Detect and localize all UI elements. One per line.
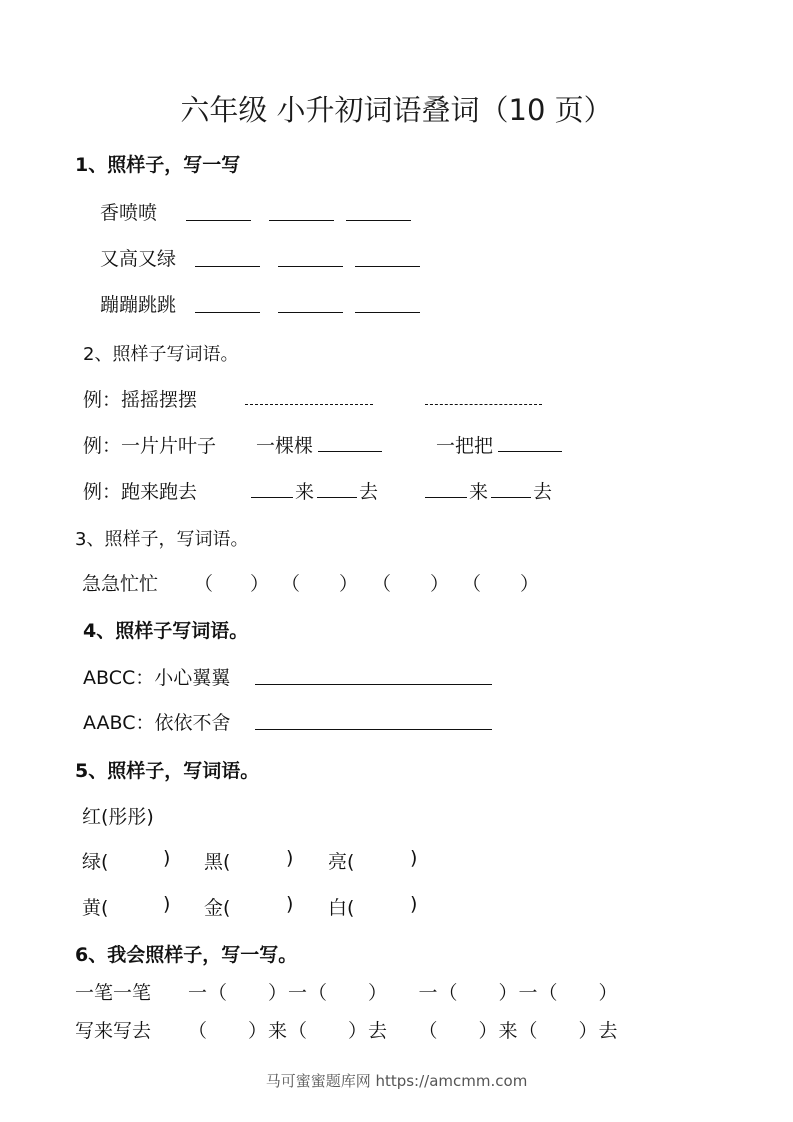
answer-blank[interactable]	[355, 294, 420, 313]
s2-row-3: 例：跑来跑去	[83, 477, 197, 504]
paren-close: ）	[339, 569, 358, 596]
lai-char: 来	[295, 477, 314, 504]
s2-item-1: 一棵棵	[256, 431, 313, 458]
s1-row-1-label: 香喷喷	[100, 202, 157, 224]
paren-close: ）	[250, 569, 269, 596]
answer-blank[interactable]	[245, 386, 373, 405]
s5-item: 金(	[204, 893, 230, 920]
footer-watermark: 马可蜜蜜题库网 https://amcmm.com	[0, 1070, 793, 1091]
qu-char: 去	[533, 477, 552, 504]
answer-blank[interactable]	[355, 248, 420, 267]
s5-item: 绿(	[82, 847, 108, 874]
paren-close: )	[286, 847, 293, 869]
answer-blank[interactable]	[278, 248, 343, 267]
answer-blank[interactable]	[425, 479, 467, 498]
s2-item-2: 一把把	[436, 431, 493, 458]
section-1-heading: 1、照样子，写一写	[75, 150, 240, 177]
answer-blank[interactable]	[195, 248, 260, 267]
pattern-label: AABC：	[83, 712, 155, 734]
section-6-heading: 6、我会照样子，写一写。	[75, 940, 297, 967]
example-word: 跑来跑去	[121, 481, 197, 503]
example-word: 摇摇摆摆	[121, 389, 197, 411]
s5-example: 红(彤彤)	[82, 802, 154, 829]
paren-open: （	[462, 569, 481, 596]
s3-row-label: 急急忙忙	[82, 569, 158, 596]
s1-row-2-label: 又高又绿	[100, 244, 176, 271]
example-prefix: 例：	[83, 389, 121, 411]
example-prefix: 例：	[83, 481, 121, 503]
paren-close: )	[410, 847, 417, 869]
s5-item: 黄(	[82, 893, 108, 920]
qu-char: 去	[359, 477, 378, 504]
s6-row-2-label: 写来写去	[75, 1016, 151, 1043]
s5-item: 亮(	[328, 847, 354, 874]
answer-blank[interactable]	[425, 386, 542, 405]
example-prefix: 例：	[83, 435, 121, 457]
answer-blank[interactable]	[317, 479, 357, 498]
s4-row-2: AABC：依依不舍	[83, 708, 231, 735]
paren-close: ）	[520, 569, 539, 596]
section-5-heading: 5、照样子，写词语。	[75, 756, 259, 783]
paren-close: )	[410, 893, 417, 915]
section-4-heading: 4、照样子写词语。	[83, 616, 248, 643]
answer-blank[interactable]	[255, 711, 492, 730]
pattern-label: ABCC：	[83, 667, 154, 689]
paren-open: （	[194, 569, 213, 596]
paren-close: ）	[430, 569, 449, 596]
paren-close: )	[163, 893, 170, 915]
answer-blank[interactable]	[318, 433, 382, 452]
paren-close: )	[286, 893, 293, 915]
s5-item: 白(	[328, 893, 354, 920]
answer-blank[interactable]	[269, 202, 334, 221]
example-word: 依依不舍	[155, 712, 231, 734]
s6-row-1-label: 一笔一笔	[75, 978, 151, 1005]
example-word: 一片片叶子	[121, 435, 216, 457]
answer-blank[interactable]	[498, 433, 562, 452]
s2-row-1: 例：摇摇摆摆	[83, 385, 197, 412]
s1-row-3-label: 蹦蹦跳跳	[100, 290, 176, 317]
paren-close: )	[163, 847, 170, 869]
page-title: 六年级 小升初词语叠词（10 页）	[0, 88, 793, 129]
paren-open: （	[372, 569, 391, 596]
answer-blank[interactable]	[251, 479, 293, 498]
s6-row-1-content: 一（ ）一（ ） 一（ ）一（ ）	[188, 978, 619, 1005]
answer-blank[interactable]	[186, 202, 251, 221]
answer-blank[interactable]	[278, 294, 343, 313]
answer-blank[interactable]	[346, 202, 411, 221]
section-2-heading: 2、照样子写词语。	[83, 340, 238, 366]
paren-open: （	[281, 569, 300, 596]
lai-char: 来	[469, 477, 488, 504]
answer-blank[interactable]	[491, 479, 531, 498]
example-word: 小心翼翼	[154, 667, 230, 689]
s6-row-2-content: （ ）来（ ）去 （ ）来（ ）去	[188, 1016, 619, 1043]
s1-row-1: 香喷喷	[100, 198, 157, 225]
answer-blank[interactable]	[255, 666, 492, 685]
s2-row-2: 例：一片片叶子	[83, 431, 216, 458]
s5-item: 黑(	[204, 847, 230, 874]
answer-blank[interactable]	[195, 294, 260, 313]
section-3-heading: 3、照样子，写词语。	[75, 525, 248, 551]
s4-row-1: ABCC：小心翼翼	[83, 663, 230, 690]
